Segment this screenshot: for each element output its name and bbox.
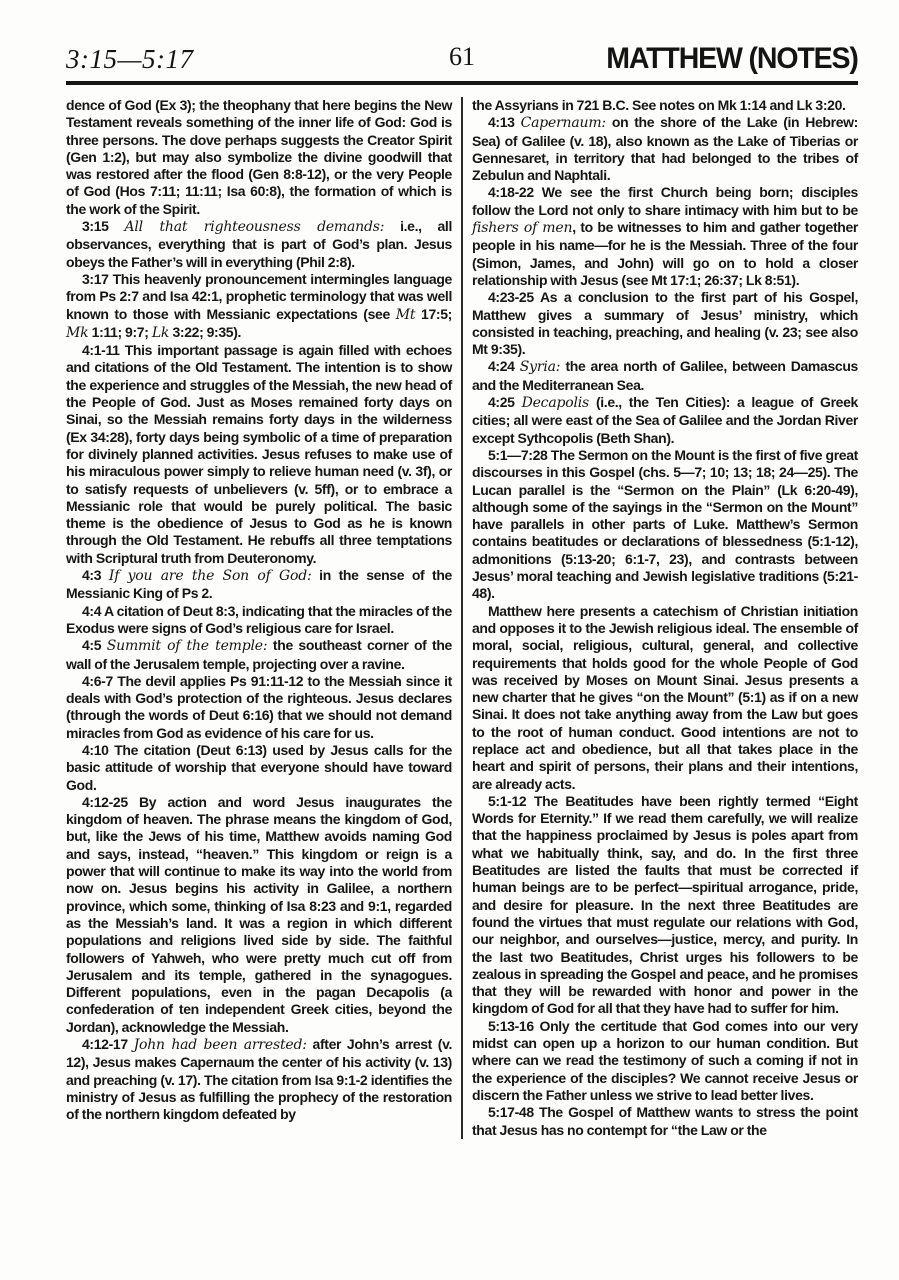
paragraph: 3:15 All that righteousness demands: i.e… xyxy=(66,218,452,271)
paragraph: 4:18-22 We see the first Church being bo… xyxy=(472,184,858,289)
paragraph: 4:12-25 By action and word Jesus inaugur… xyxy=(66,794,452,1036)
lemma-italic-text: All that righteousness demands: xyxy=(124,219,384,235)
body-text: 4:4 A citation of Deut 8:3, indicating t… xyxy=(66,603,452,636)
paragraph: 5:13-16 Only the certitude that God come… xyxy=(472,1018,858,1104)
body-text: 4:18-22 We see the first Church being bo… xyxy=(472,184,858,217)
header-rule xyxy=(66,81,858,85)
lemma-italic-text: fishers of men xyxy=(472,220,572,236)
column-divider xyxy=(461,97,463,1139)
lemma-italic-text: Decapolis xyxy=(522,395,589,411)
lemma-italic-text: Mk xyxy=(66,325,88,341)
lemma-italic-text: Syria: xyxy=(520,359,561,375)
body-text: 3:15 xyxy=(82,218,124,234)
column-right: the Assyrians in 721 B.C. See notes on M… xyxy=(472,97,858,1139)
paragraph: 5:1-12 The Beatitudes have been rightly … xyxy=(472,793,858,1018)
paragraph: 5:17-48 The Gospel of Matthew wants to s… xyxy=(472,1104,858,1139)
body-text: 3:22; 9:35). xyxy=(169,324,241,340)
lemma-italic-text: Mt xyxy=(396,307,416,323)
scanned-book-page: 3:15—5:17 61 MATTHEW (NOTES) dence of Go… xyxy=(0,0,899,1280)
body-text: 5:17-48 The Gospel of Matthew wants to s… xyxy=(472,1104,858,1137)
paragraph: 4:1-11 This important passage is again f… xyxy=(66,342,452,567)
body-text: 4:3 xyxy=(82,567,109,583)
column-left: dence of God (Ex 3); the theophany that … xyxy=(66,97,452,1139)
paragraph: 4:12-17 John had been arrested: after Jo… xyxy=(66,1036,452,1123)
body-text: 17:5; xyxy=(415,306,452,322)
paragraph: 4:24 Syria: the area north of Galilee, b… xyxy=(472,358,858,394)
body-text: 5:1-12 The Beatitudes have been rightly … xyxy=(472,793,858,1017)
paragraph: 4:23-25 As a conclusion to the first par… xyxy=(472,289,858,358)
paragraph: 4:4 A citation of Deut 8:3, indicating t… xyxy=(66,603,452,638)
lemma-italic-text: Lk xyxy=(152,325,169,341)
lemma-italic-text: Capernaum: xyxy=(521,115,606,131)
body-text: 4:5 xyxy=(82,637,107,653)
lemma-italic-text: John had been arrested: xyxy=(134,1037,307,1053)
body-text: 4:12-17 xyxy=(82,1036,134,1052)
paragraph: Matthew here presents a catechism of Chr… xyxy=(472,603,858,793)
page-header: 3:15—5:17 61 MATTHEW (NOTES) xyxy=(66,42,858,78)
paragraph: 4:25 Decapolis (i.e., the Ten Cities): a… xyxy=(472,394,858,447)
lemma-italic-text: Summit of the temple: xyxy=(107,638,268,654)
paragraph: dence of God (Ex 3); the theophany that … xyxy=(66,97,452,218)
paragraph: 4:3 If you are the Son of God: in the se… xyxy=(66,567,452,603)
body-text: 4:25 xyxy=(488,394,522,410)
body-text: Matthew here presents a catechism of Chr… xyxy=(472,603,858,792)
body-text: 4:1-11 This important passage is again f… xyxy=(66,342,452,566)
paragraph: the Assyrians in 721 B.C. See notes on M… xyxy=(472,97,858,114)
paragraph: 4:10 The citation (Deut 6:13) used by Je… xyxy=(66,742,452,794)
text-columns: dence of God (Ex 3); the theophany that … xyxy=(66,97,858,1139)
paragraph: 5:1—7:28 The Sermon on the Mount is the … xyxy=(472,447,858,603)
paragraph: 4:6-7 The devil applies Ps 91:11-12 to t… xyxy=(66,673,452,742)
body-text: 3:17 This heavenly pronouncement intermi… xyxy=(66,271,452,322)
body-text: 4:24 xyxy=(488,358,520,374)
body-text: 1:11; 9:7; xyxy=(88,324,151,340)
body-text: 4:6-7 The devil applies Ps 91:11-12 to t… xyxy=(66,673,452,741)
body-text: 5:13-16 Only the certitude that God come… xyxy=(472,1018,858,1103)
body-text: 4:10 The citation (Deut 6:13) used by Je… xyxy=(66,742,452,793)
paragraph: 4:5 Summit of the temple: the southeast … xyxy=(66,637,452,673)
paragraph: 3:17 This heavenly pronouncement intermi… xyxy=(66,271,452,342)
body-text: 4:12-25 By action and word Jesus inaugur… xyxy=(66,794,452,1035)
header-book-title: MATTHEW (NOTES) xyxy=(607,42,858,76)
paragraph: 4:13 Capernaum: on the shore of the Lake… xyxy=(472,114,858,184)
body-text: 4:23-25 As a conclusion to the first par… xyxy=(472,289,858,357)
body-text: 5:1—7:28 The Sermon on the Mount is the … xyxy=(472,447,858,601)
body-text: 4:13 xyxy=(488,114,521,130)
body-text: the Assyrians in 721 B.C. See notes on M… xyxy=(472,97,846,113)
lemma-italic-text: If you are the Son of God: xyxy=(109,568,312,584)
body-text: dence of God (Ex 3); the theophany that … xyxy=(66,97,452,217)
